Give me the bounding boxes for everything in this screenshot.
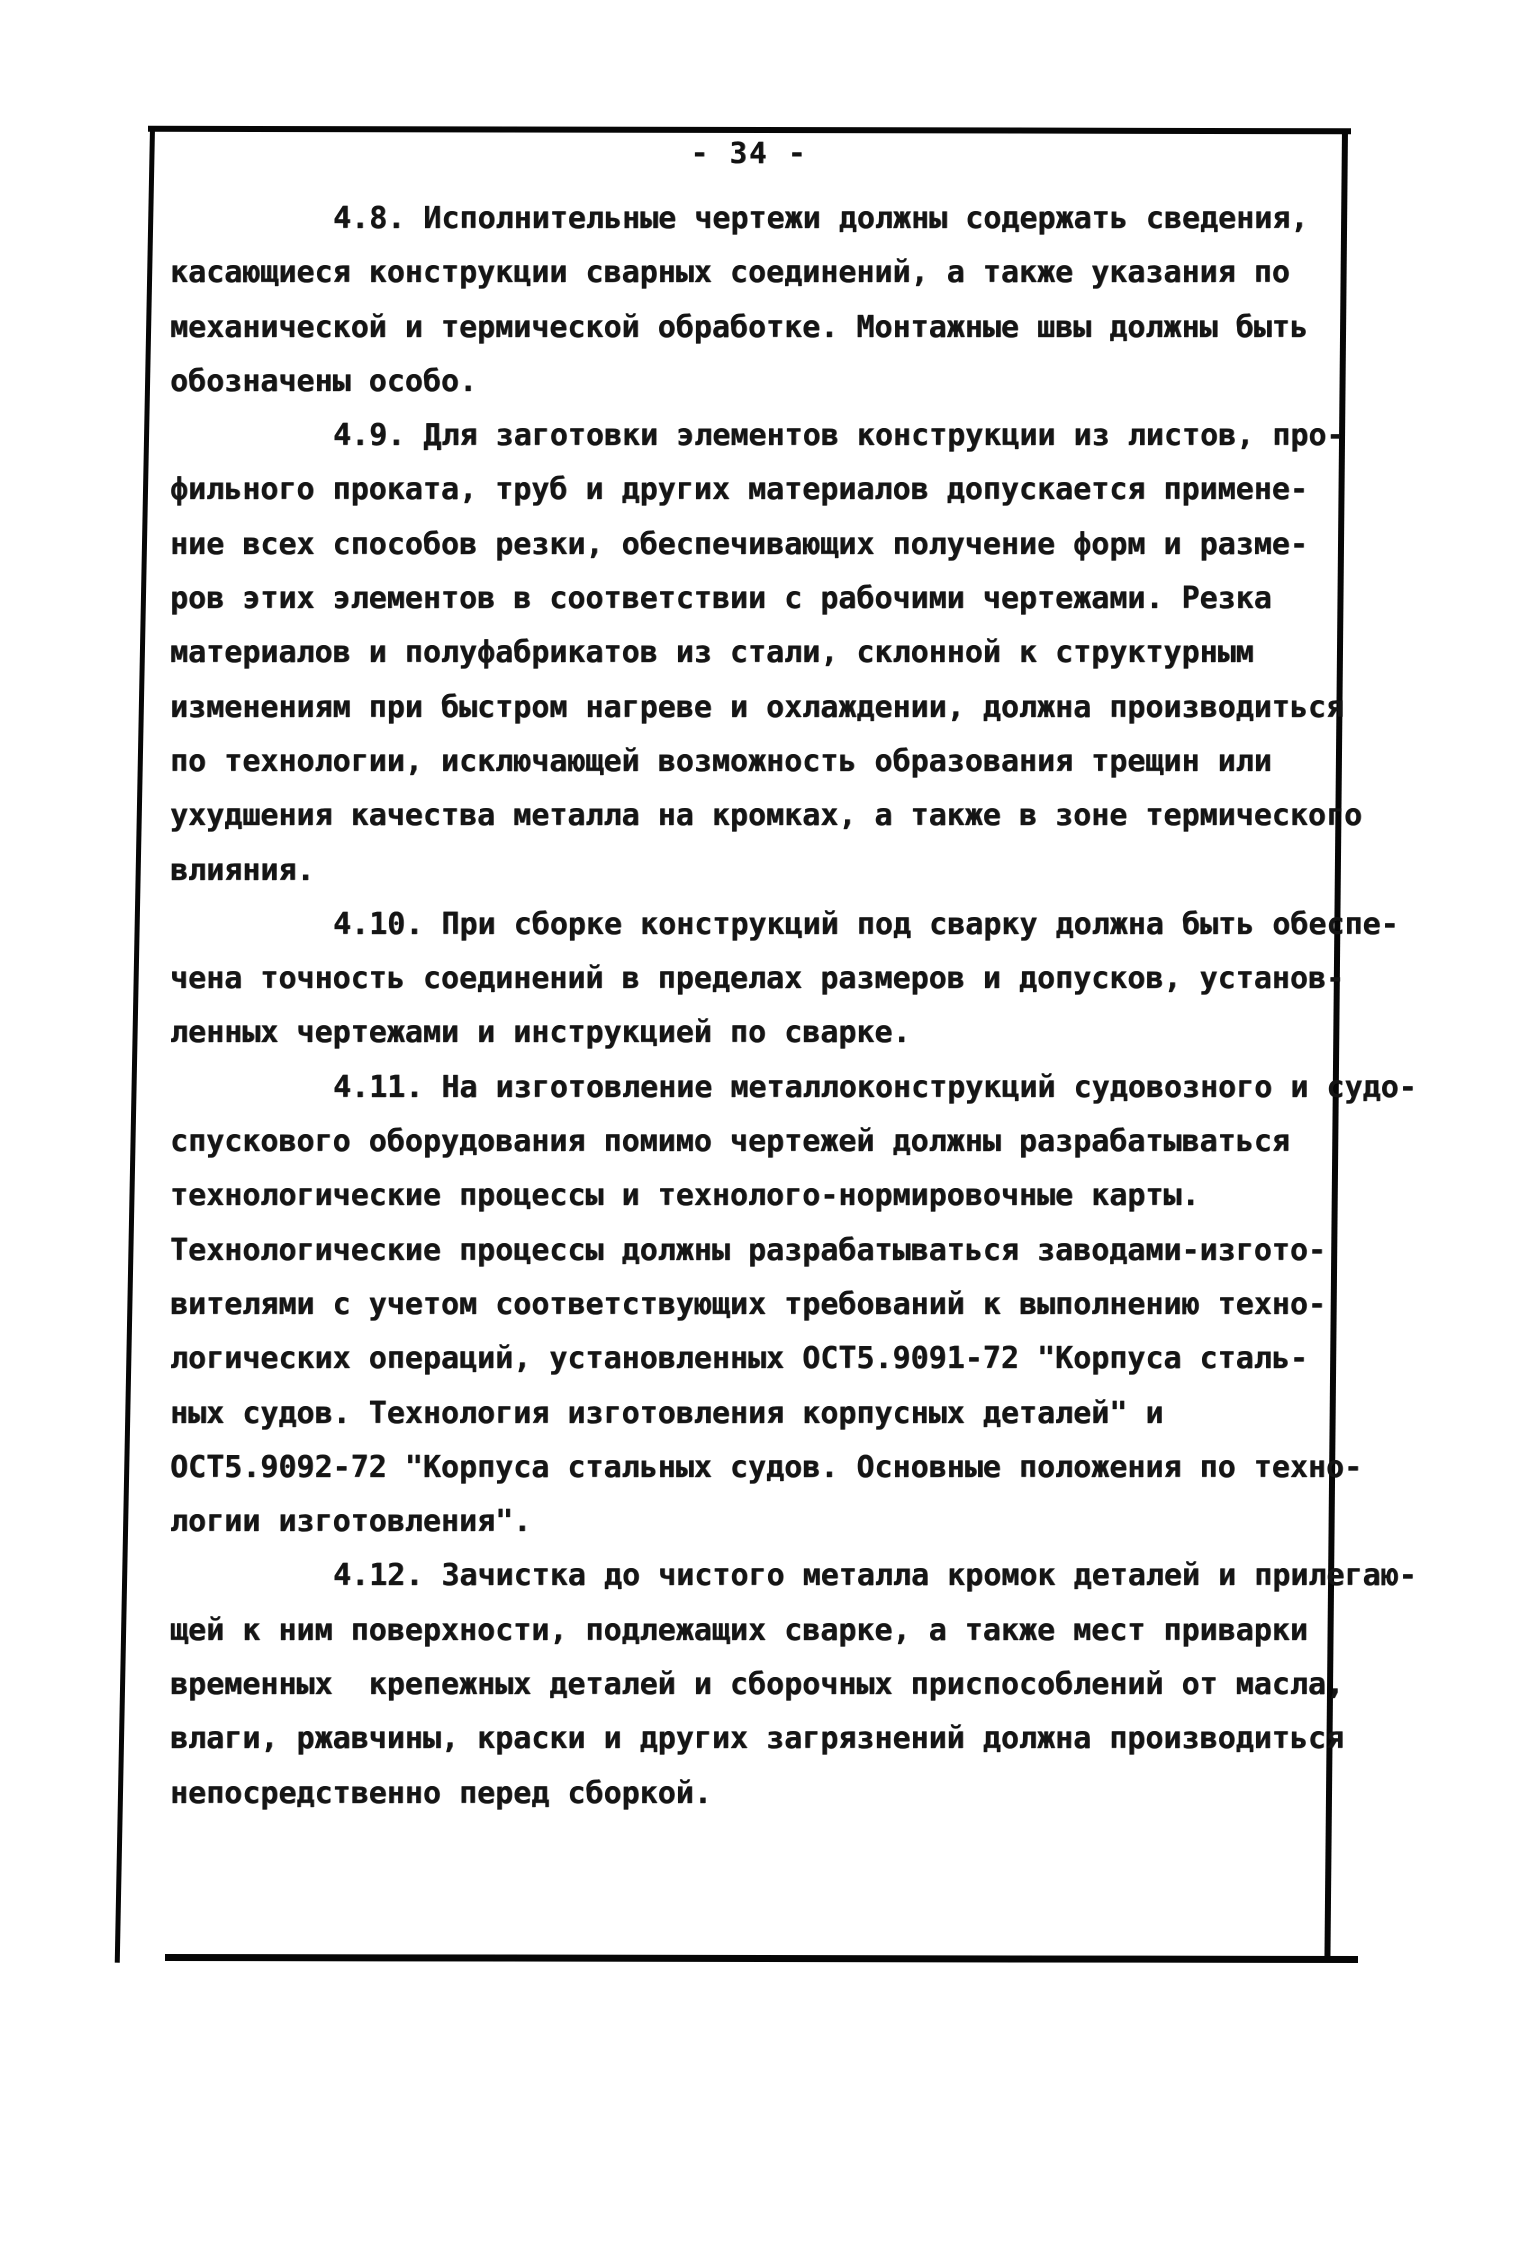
- text-line: ОСТ5.9092-72 "Корпуса стальных судов. Ос…: [170, 1441, 1362, 1495]
- page-number: - 34 -: [150, 136, 1348, 170]
- text-line: логических операций, установленных ОСТ5.…: [170, 1332, 1362, 1386]
- text-line: ных судов. Технология изготовления корпу…: [170, 1387, 1362, 1441]
- text-line: временных крепежных деталей и сборочных …: [170, 1658, 1362, 1712]
- text-line: ухудшения качества металла на кромках, а…: [170, 789, 1362, 843]
- text-line: влияния.: [170, 844, 1362, 898]
- document-text-block: 4.8. Исполнительные чертежи должны содер…: [170, 192, 1362, 1821]
- text-line-content: логии изготовления".: [170, 1504, 531, 1539]
- text-line: по технологии, исключающей возможность о…: [170, 735, 1362, 789]
- text-line-content: касающиеся конструкции сварных соединени…: [170, 255, 1290, 290]
- page-border-bottom: [165, 1954, 1358, 1963]
- text-line-content: ленных чертежами и инструкцией по сварке…: [170, 1015, 911, 1050]
- text-line-content: 4.9. Для заготовки элементов конструкции…: [333, 418, 1344, 453]
- text-line: спускового оборудования помимо чертежей …: [170, 1115, 1362, 1169]
- text-line: изменениям при быстром нагреве и охлажде…: [170, 681, 1362, 735]
- text-line-content: фильного проката, труб и других материал…: [170, 472, 1308, 507]
- text-line: 4.12. Зачистка до чистого металла кромок…: [170, 1549, 1362, 1603]
- text-line-content: щей к ним поверхности, подлежащих сварке…: [170, 1613, 1308, 1648]
- text-line-content: ухудшения качества металла на кромках, а…: [170, 798, 1362, 833]
- text-line-content: влияния.: [170, 853, 315, 888]
- text-line: вителями с учетом соответствующих требов…: [170, 1278, 1362, 1332]
- text-line: ленных чертежами и инструкцией по сварке…: [170, 1006, 1362, 1060]
- text-line: влаги, ржавчины, краски и других загрязн…: [170, 1712, 1362, 1766]
- text-line-content: логических операций, установленных ОСТ5.…: [170, 1341, 1308, 1376]
- text-line: касающиеся конструкции сварных соединени…: [170, 246, 1362, 300]
- text-line-content: 4.10. При сборке конструкций под сварку …: [333, 907, 1399, 942]
- text-line: логии изготовления".: [170, 1495, 1362, 1549]
- text-line-content: спускового оборудования помимо чертежей …: [170, 1124, 1290, 1159]
- text-line: 4.11. На изготовление металлоконструкций…: [170, 1061, 1362, 1115]
- text-line: Технологические процессы должны разрабат…: [170, 1224, 1362, 1278]
- text-line: 4.10. При сборке конструкций под сварку …: [170, 898, 1362, 952]
- text-line: обозначены особо.: [170, 355, 1362, 409]
- text-line-content: Технологические процессы должны разрабат…: [170, 1233, 1326, 1268]
- text-line-content: ОСТ5.9092-72 "Корпуса стальных судов. Ос…: [170, 1450, 1362, 1485]
- text-line: фильного проката, труб и других материал…: [170, 463, 1362, 517]
- text-line-content: чена точность соединений в пределах разм…: [170, 961, 1344, 996]
- text-line: ние всех способов резки, обеспечивающих …: [170, 518, 1362, 572]
- text-line-content: влаги, ржавчины, краски и других загрязн…: [170, 1721, 1344, 1756]
- scanned-document-page: - 34 - 4.8. Исполнительные чертежи должн…: [0, 0, 1536, 2245]
- text-line: 4.8. Исполнительные чертежи должны содер…: [170, 192, 1362, 246]
- text-line: материалов и полуфабрикатов из стали, ск…: [170, 626, 1362, 680]
- text-line-content: непосредственно перед сборкой.: [170, 1776, 712, 1811]
- text-line-content: 4.12. Зачистка до чистого металла кромок…: [333, 1558, 1417, 1593]
- text-line: технологические процессы и технолого-нор…: [170, 1169, 1362, 1223]
- text-line: щей к ним поверхности, подлежащих сварке…: [170, 1604, 1362, 1658]
- text-line: 4.9. Для заготовки элементов конструкции…: [170, 409, 1362, 463]
- text-line-content: технологические процессы и технолого-нор…: [170, 1178, 1200, 1213]
- text-line-content: вителями с учетом соответствующих требов…: [170, 1287, 1326, 1322]
- text-line-content: по технологии, исключающей возможность о…: [170, 744, 1272, 779]
- text-line-content: ров этих элементов в соответствии с рабо…: [170, 581, 1272, 616]
- text-line: чена точность соединений в пределах разм…: [170, 952, 1362, 1006]
- page-border-left: [115, 127, 155, 1963]
- text-line-content: 4.8. Исполнительные чертежи должны содер…: [333, 201, 1308, 236]
- text-line: ров этих элементов в соответствии с рабо…: [170, 572, 1362, 626]
- text-line-content: механической и термической обработке. Мо…: [170, 310, 1308, 345]
- text-line-content: временных крепежных деталей и сборочных …: [170, 1667, 1344, 1702]
- text-line-content: материалов и полуфабрикатов из стали, ск…: [170, 635, 1254, 670]
- text-line-content: ние всех способов резки, обеспечивающих …: [170, 527, 1308, 562]
- text-line: непосредственно перед сборкой.: [170, 1767, 1362, 1821]
- text-line: механической и термической обработке. Мо…: [170, 301, 1362, 355]
- text-line-content: обозначены особо.: [170, 364, 477, 399]
- page-border-top: [148, 126, 1351, 135]
- text-line-content: 4.11. На изготовление металлоконструкций…: [333, 1070, 1417, 1105]
- text-line-content: ных судов. Технология изготовления корпу…: [170, 1396, 1163, 1431]
- text-line-content: изменениям при быстром нагреве и охлажде…: [170, 690, 1344, 725]
